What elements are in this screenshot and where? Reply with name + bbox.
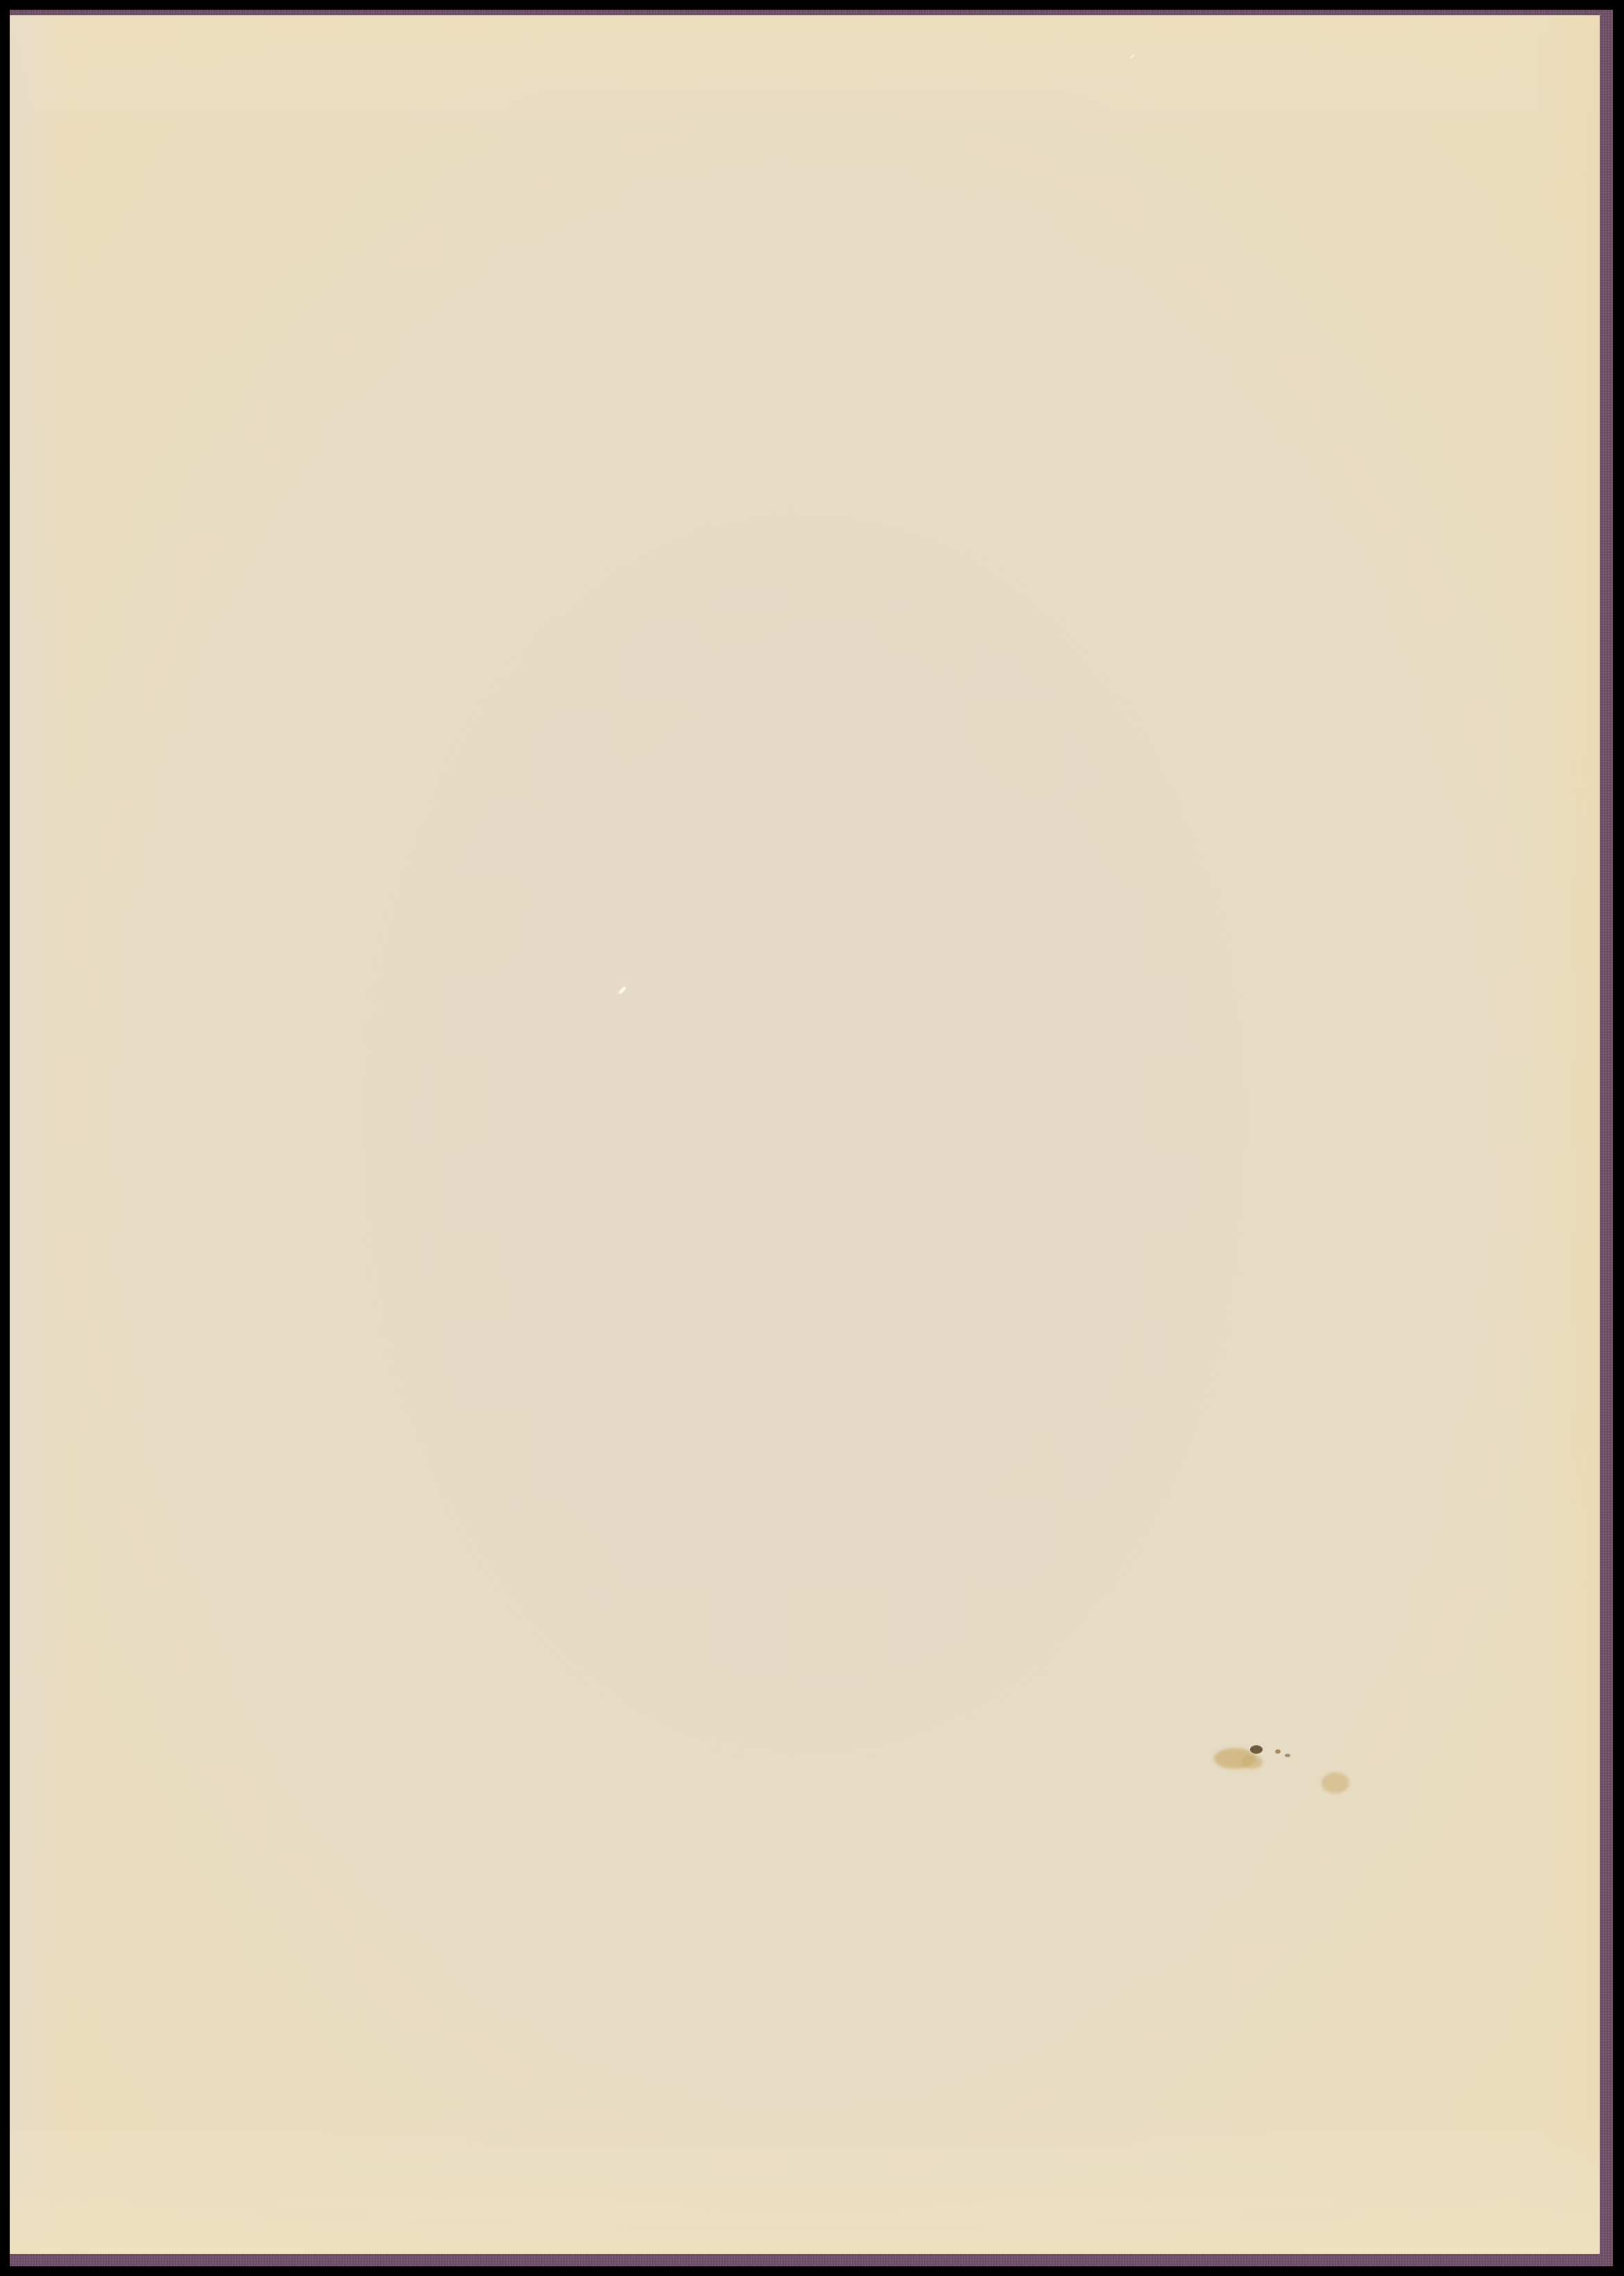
foxing-stain	[1242, 1755, 1263, 1769]
page-edge-left	[10, 15, 65, 2254]
dirt-speck	[1285, 1754, 1290, 1757]
page-edge-right	[1496, 15, 1600, 2254]
paper-scuff	[617, 986, 626, 995]
blank-endpaper	[10, 15, 1600, 2254]
paper-scuff	[1129, 54, 1135, 60]
dirt-speck	[1275, 1749, 1281, 1754]
dirt-speck	[1250, 1745, 1263, 1754]
foxing-stain	[1322, 1772, 1349, 1793]
scan-background	[0, 0, 1624, 2276]
